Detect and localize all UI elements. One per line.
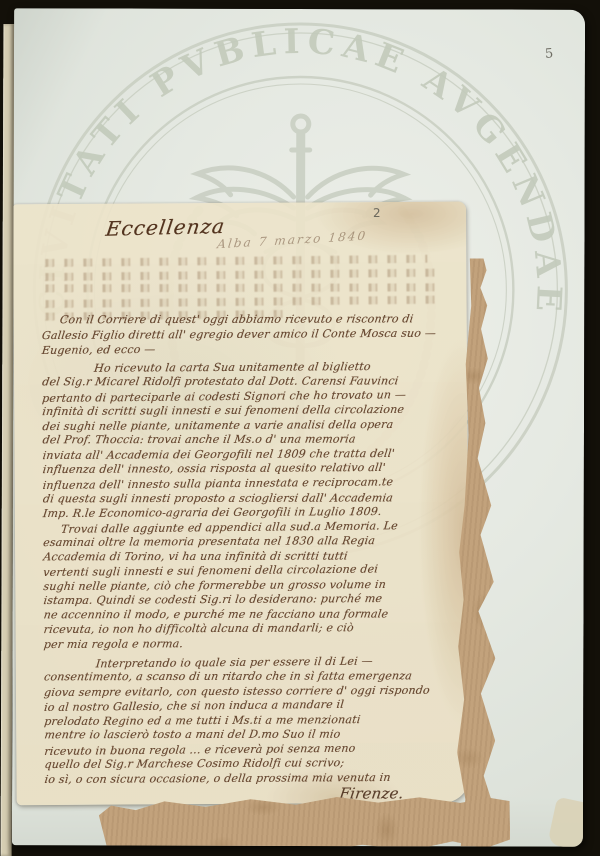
handwriting-line: esaminai oltre la memoria presentata nel…	[42, 534, 462, 551]
bleedthrough-line	[41, 255, 427, 267]
handwriting-line: Firenze.	[44, 786, 464, 802]
archive-sheet: CIVITATI PVBLICAE AVGENDAE 5 Eccellenz	[12, 8, 585, 846]
handwriting-line: consentimento, a scanso di un ritardo ch…	[43, 669, 463, 685]
bleedthrough-line	[42, 295, 440, 308]
bleedthrough-line	[41, 283, 435, 292]
handwriting-line: Con il Corriere di quest' oggi abbiamo r…	[41, 312, 461, 328]
bleedthrough-line	[41, 268, 443, 281]
letter-body: Con il Corriere di quest' oggi abbiamo r…	[42, 312, 463, 803]
paper-corner-wedge	[547, 797, 585, 847]
letter-paper: Eccellenza Alba 7 marzo 1840 2 Con il Co…	[13, 201, 470, 805]
letter-page-number: 2	[373, 206, 381, 220]
letter-salutation: Eccellenza	[104, 214, 226, 241]
folio-number: 5	[544, 46, 553, 62]
letter-dateline: Alba 7 marzo 1840	[216, 223, 459, 251]
scan-background: CIVITATI PVBLICAE AVGENDAE 5 Eccellenz	[0, 0, 600, 856]
handwriting-line: per mia regola e norma.	[43, 636, 463, 653]
handwriting-line: Eugenio, ed ecco —	[41, 340, 461, 359]
